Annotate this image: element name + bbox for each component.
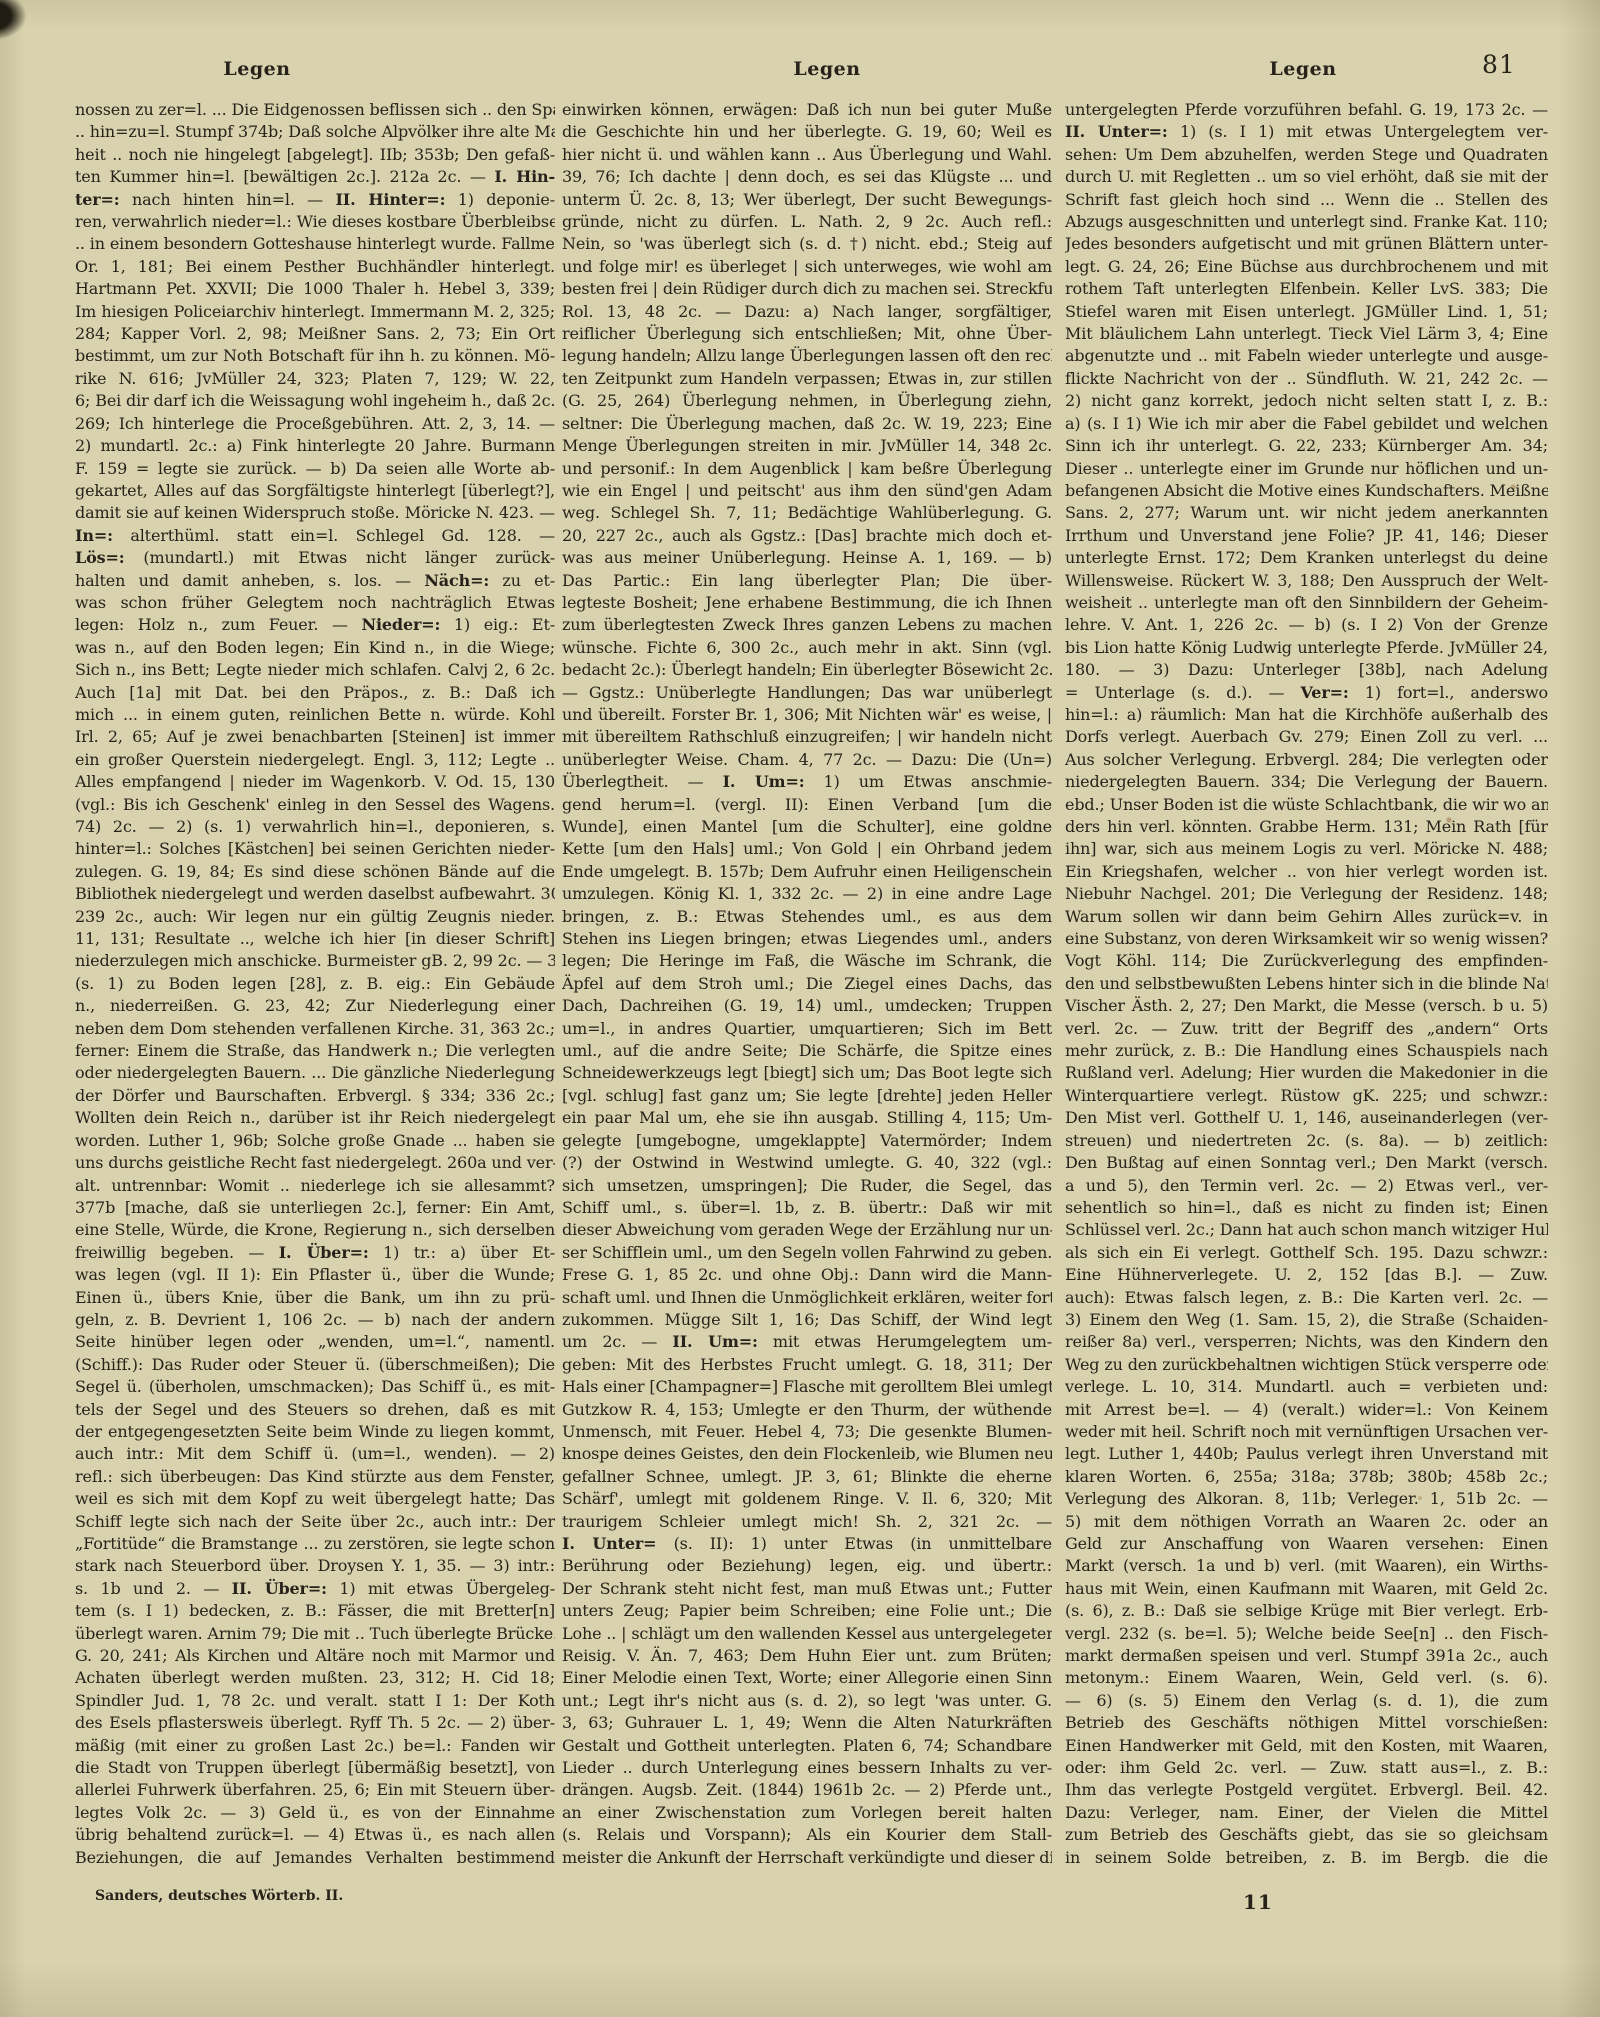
text-line: .. in einem besondern Gotteshause hinter…: [75, 233, 555, 255]
text-line: legteste Bosheit; Jene erhabene Bestimmu…: [562, 592, 1052, 614]
text-line: 11, 131; Resultate .., welche ich hier […: [75, 928, 555, 950]
text-line: durch U. mit Regletten .. um so viel erh…: [1065, 166, 1548, 188]
text-line: 377b [mache, daß sie unterliegen 2c.], f…: [75, 1197, 555, 1219]
text-line: oder: ihm Geld 2c. verl. — Zuw. statt au…: [1065, 1757, 1548, 1779]
text-line: unterlegte Ernst. 172; Dem Kranken unter…: [1065, 547, 1548, 569]
text-line: legen; Die Heringe im Faß, die Wäsche im…: [562, 950, 1052, 972]
text-line: markt dermaßen speisen und verl. Stumpf …: [1065, 1645, 1548, 1667]
text-line: Dorfs verlegt. Auerbach Gv. 279; Einen Z…: [1065, 726, 1548, 748]
volume-signature: Sanders, deutsches Wörterb. II.: [95, 1888, 343, 1904]
text-line: bedacht 2c.): Überlegt handeln; Ein über…: [562, 659, 1052, 681]
text-line: bringen, z. B.: Etwas Stehendes uml., es…: [562, 906, 1052, 928]
text-line: und personif.: In dem Augenblick | kam b…: [562, 458, 1052, 480]
text-line: überlegt waren. Arnim 79; Die mit .. Tuc…: [75, 1623, 555, 1645]
text-line: legt. Luther 1, 440b; Paulus verlegt ihr…: [1065, 1443, 1548, 1465]
text-line: haus mit Wein, einen Kaufmann mit Waaren…: [1065, 1578, 1548, 1600]
text-line: mich ... in einem guten, reinlichen Bett…: [75, 704, 555, 726]
text-line: als sich ein Ei verlegt. Gotthelf Sch. 1…: [1065, 1242, 1548, 1264]
text-line: 3) Einem den Weg (1. Sam. 15, 2), die St…: [1065, 1309, 1548, 1331]
text-line: ferner: Einem die Straße, das Handwerk n…: [75, 1040, 555, 1062]
text-line: Den Mist verl. Gotthelf U. 1, 146, ausei…: [1065, 1107, 1548, 1129]
text-line: Sans. 2, 277; Warum unt. wir nicht jedem…: [1065, 502, 1548, 524]
text-line: „Fortitüde“ die Bramstange ... zu zerstö…: [75, 1533, 555, 1555]
text-line: Seite hinüber legen oder „wenden, um=l.“…: [75, 1331, 555, 1353]
text-line: sich umsetzen, umspringen]; Die Ruder, d…: [562, 1175, 1052, 1197]
text-line: gelegte [umgebogne, umgeklappte] Vatermö…: [562, 1130, 1052, 1152]
text-line: knospe deines Geistes, den dein Flockenl…: [562, 1443, 1052, 1465]
text-line: halten und damit anheben, s. los. — Näch…: [75, 570, 555, 592]
text-line: meister die Ankunft der Herrschaft verkü…: [562, 1847, 1052, 1869]
text-line: Achaten überlegt werden mußten. 23, 312;…: [75, 1667, 555, 1689]
text-line: (?) der Ostwind in Westwind umlegte. G. …: [562, 1152, 1052, 1174]
text-line: der entgegengesetzten Seite beim Winde z…: [75, 1421, 555, 1443]
text-line: niedergelegten Bauern. 334; Die Verlegun…: [1065, 771, 1548, 793]
page-number: 81: [1482, 50, 1516, 79]
text-line: a) (s. I 1) Wie ich mir aber die Fabel g…: [1065, 413, 1548, 435]
text-line: Gutzkow R. 4, 153; Umlegte er den Thurm,…: [562, 1399, 1052, 1421]
text-line: hin=l.: a) räumlich: Man hat die Kirchhö…: [1065, 704, 1548, 726]
text-line: dieser Abweichung vom geraden Wege der E…: [562, 1219, 1052, 1241]
text-line: (s. 6), z. B.: Daß sie selbige Krüge mit…: [1065, 1600, 1548, 1622]
text-line: 269; Ich hinterlege die Proceßgebühren. …: [75, 413, 555, 435]
text-line: freiwillig begeben. — I. Über=: 1) tr.: …: [75, 1242, 555, 1264]
column-1: nossen zu zer=l. ... Die Eidgenossen bef…: [75, 99, 555, 1869]
text-line: Or. 1, 181; Bei einem Pesther Buchhändle…: [75, 256, 555, 278]
text-line: Schiff uml., s. über=l. 1b, z. B. übertr…: [562, 1197, 1052, 1219]
text-line: vergl. 232 (s. be=l. 5); Welche beide Se…: [1065, 1623, 1548, 1645]
text-line: Frese G. 1, 85 2c. und ohne Obj.: Dann w…: [562, 1264, 1052, 1286]
text-line: wünsche. Fichte 6, 300 2c., auch mehr in…: [562, 637, 1052, 659]
text-line: 2) nicht ganz korrekt, jedoch nicht selt…: [1065, 390, 1548, 412]
text-line: Gestalt und Gottheit unterlegten. Platen…: [562, 1735, 1052, 1757]
text-line: ren, verwahrlich nieder=l.: Wie dieses k…: [75, 211, 555, 233]
text-line: hier nicht ü. und wählen kann .. Aus Übe…: [562, 144, 1052, 166]
text-line: — Ggstz.: Unüberlegte Handlungen; Das wa…: [562, 682, 1052, 704]
text-line: verlege. L. 10, 314. Mundartl. auch = ve…: [1065, 1376, 1548, 1398]
text-line: legtes Volk 2c. — 3) Geld ü., es von der…: [75, 1802, 555, 1824]
text-line: Der Schrank steht nicht fest, man muß Et…: [562, 1578, 1052, 1600]
text-line: 20, 227 2c., auch als Ggstz.: [Das] brac…: [562, 525, 1052, 547]
text-line: ders hin verl. könnten. Grabbe Herm. 131…: [1065, 816, 1548, 838]
text-line: Lohe .. | schlägt um den wallenden Kesse…: [562, 1623, 1052, 1645]
text-line: ebd.; Unser Boden ist die wüste Schlacht…: [1065, 794, 1548, 816]
text-line: seltner: Die Überlegung machen, daß 2c. …: [562, 413, 1052, 435]
text-line: (G. 25, 264) Überlegung nehmen, in Überl…: [562, 390, 1052, 412]
text-line: G. 20, 241; Als Kirchen und Altäre noch …: [75, 1645, 555, 1667]
text-line: bis Lion hatte König Ludwig unterlegte P…: [1065, 637, 1548, 659]
text-line: Hals einer [Champagner=] Flasche mit ger…: [562, 1376, 1052, 1398]
text-line: ten Zeitpunkt zum Handeln verpassen; Etw…: [562, 368, 1052, 390]
text-line: Schlüssel verl. 2c.; Dann hat auch schon…: [1065, 1219, 1548, 1241]
text-line: drängen. Augsb. Zeit. (1844) 1961b 2c. —…: [562, 1779, 1052, 1801]
text-line: ihn] war, sich aus meinem Logis zu verl.…: [1065, 838, 1548, 860]
text-line: II. Unter=: 1) (s. I 1) mit etwas Unterg…: [1065, 121, 1548, 143]
text-line: Sinn ich ihr unterlegt. G. 22, 233; Kürn…: [1065, 435, 1548, 457]
text-line: neben dem Dom stehenden verfallenen Kirc…: [75, 1018, 555, 1040]
text-line: Auch [1a] mit Dat. bei den Präpos., z. B…: [75, 682, 555, 704]
text-line: gend herum=l. (vergl. II): Einen Verband…: [562, 794, 1052, 816]
text-line: refl.: sich überbeugen: Das Kind stürzte…: [75, 1466, 555, 1488]
text-line: zum Betrieb des Geschäfts giebt, das sie…: [1065, 1824, 1548, 1846]
text-line: Schiff legte sich nach der Seite über 2c…: [75, 1511, 555, 1533]
text-line: ter=: nach hinten hin=l. — II. Hinter=: …: [75, 189, 555, 211]
text-line: 180. — 3) Dazu: Unterleger [38b], nach A…: [1065, 659, 1548, 681]
running-title-col2: Legen: [793, 58, 860, 80]
text-line: Berührung oder Beziehung) legen, eig. un…: [562, 1555, 1052, 1577]
text-line: Warum sollen wir dann beim Gehirn Alles …: [1065, 906, 1548, 928]
text-line: um 2c. — II. Um=: mit etwas Herumgelegte…: [562, 1331, 1052, 1353]
text-line: umzulegen. König Kl. 1, 332 2c. — 2) in …: [562, 883, 1052, 905]
text-line: streuen) und niedertreten 2c. (s. 8a). —…: [1065, 1130, 1548, 1152]
text-line: Segel ü. (überholen, umschmacken); Das S…: [75, 1376, 555, 1398]
text-line: legen: Holz n., zum Feuer. — Nieder=: 1)…: [75, 614, 555, 636]
text-line: eine Stelle, Würde, die Krone, Regierung…: [75, 1219, 555, 1241]
text-line: s. 1b und 2. — II. Über=: 1) mit etwas Ü…: [75, 1578, 555, 1600]
text-line: Das Partic.: Ein lang überlegter Plan; D…: [562, 570, 1052, 592]
text-line: gekartet, Alles auf das Sorgfältigste hi…: [75, 480, 555, 502]
text-line: Eine Hühnerverlegete. U. 2, 152 [das B.]…: [1065, 1264, 1548, 1286]
text-line: ser Schifflein uml., um den Segeln volle…: [562, 1242, 1052, 1264]
text-line: Reisig. V. Än. 7, 463; Dem Huhn Eier unt…: [562, 1645, 1052, 1667]
text-line: Stehen ins Liegen bringen; etwas Liegend…: [562, 928, 1052, 950]
text-line: Vischer Ästh. 2, 27; Den Markt, die Mess…: [1065, 995, 1548, 1017]
text-line: 239 2c., auch: Wir legen nur ein gültig …: [75, 906, 555, 928]
text-line: mit Arrest be=l. — 4) (veralt.) wider=l.…: [1065, 1399, 1548, 1421]
text-line: Abzugs ausgeschnitten und unterlegt sind…: [1065, 211, 1548, 233]
text-line: die Geschichte hin und her überlegte. G.…: [562, 121, 1052, 143]
text-line: uns durchs geistliche Recht fast niederg…: [75, 1152, 555, 1174]
text-line: zulegen. G. 19, 84; Es sind diese schöne…: [75, 861, 555, 883]
text-line: Beziehungen, die auf Jemandes Verhalten …: [75, 1847, 555, 1869]
text-line: besten frei | dein Rüdiger durch dich zu…: [562, 278, 1052, 300]
text-line: sehentlich so hin=l., daß es nicht zu fi…: [1065, 1197, 1548, 1219]
text-line: ein großer Querstein niedergelegt. Engl.…: [75, 749, 555, 771]
text-line: geln, z. B. Devrient 1, 106 2c. — b) nac…: [75, 1309, 555, 1331]
text-line: .. hin=zu=l. Stumpf 374b; Daß solche Alp…: [75, 121, 555, 143]
text-line: Einen Handwerker mit Geld, mit den Koste…: [1065, 1735, 1548, 1757]
text-line: auch): Etwas falsch legen, z. B.: Die Ka…: [1065, 1287, 1548, 1309]
text-line: allerlei Fuhrwerk überfahren. 25, 6; Ein…: [75, 1779, 555, 1801]
text-line: 74) 2c. — 2) (s. 1) verwahrlich hin=l., …: [75, 816, 555, 838]
text-line: zum überlegtesten Zweck Ihres ganzen Leb…: [562, 614, 1052, 636]
text-line: wie ein Engel | und peitscht' aus ihm de…: [562, 480, 1052, 502]
text-line: klaren Worten. 6, 255a; 318a; 378b; 380b…: [1065, 1466, 1548, 1488]
text-line: alt. untrennbar: Womit .. niederlege ich…: [75, 1175, 555, 1197]
text-line: untergelegten Pferde vorzuführen befahl.…: [1065, 99, 1548, 121]
text-line: übrig behaltend zurück=l. — 4) Etwas ü.,…: [75, 1824, 555, 1846]
text-line: unters Zeug; Papier beim Schreiben; eine…: [562, 1600, 1052, 1622]
text-line: verl. 2c. — Zuw. tritt der Begriff des „…: [1065, 1018, 1548, 1040]
text-line: (Schiff.): Das Ruder oder Steuer ü. (übe…: [75, 1354, 555, 1376]
text-line: eine Substanz, von deren Wirksamkeit wir…: [1065, 928, 1548, 950]
text-line: mit übereiltem Rathschluß einzugreifen; …: [562, 726, 1052, 748]
text-line: legt. G. 24, 26; Eine Büchse aus durchbr…: [1065, 256, 1548, 278]
text-line: In=: alterthüml. statt ein=l. Schlegel G…: [75, 525, 555, 547]
text-line: ein paar Mal um, ehe sie ihn ausgab. Sti…: [562, 1107, 1052, 1129]
dictionary-page-scan: Legen Legen Legen 81 nossen zu zer=l. ..…: [0, 0, 1600, 2017]
text-line: der Dörfer und Baurschaften. Erbvergl. §…: [75, 1085, 555, 1107]
text-line: Betrieb des Geschäfts nöthigen Mittel vo…: [1065, 1712, 1548, 1734]
text-line: Menge Überlegungen streiten in mir. JvMü…: [562, 435, 1052, 457]
text-line: was n., auf den Boden legen; Ein Kind n.…: [75, 637, 555, 659]
text-line: nossen zu zer=l. ... Die Eidgenossen bef…: [75, 99, 555, 121]
text-line: Lös=: (mundartl.) mit Etwas nicht länger…: [75, 547, 555, 569]
text-line: worden. Luther 1, 96b; Solche große Gnad…: [75, 1130, 555, 1152]
text-line: Ein Kriegshafen, welcher .. von hier ver…: [1065, 861, 1548, 883]
text-line: Ende umgelegt. B. 157b; Dem Aufruhr eine…: [562, 861, 1052, 883]
text-line: 3, 63; Guhrauer L. 1, 49; Wenn die Alten…: [562, 1712, 1052, 1734]
text-line: auch intr.: Mit dem Schiff ü. (um=l., we…: [75, 1443, 555, 1465]
text-line: Schneidewerkzeugs legt [biegt] sich um; …: [562, 1062, 1052, 1084]
text-line: Einen ü., übers Knie, über die Bank, um …: [75, 1287, 555, 1309]
text-line: Dach, Dachreihen (G. 19, 14) uml., umdec…: [562, 995, 1052, 1017]
text-line: weil es sich mit dem Kopf zu weit überge…: [75, 1488, 555, 1510]
column-2: einwirken können, erwägen: Daß ich nun b…: [562, 99, 1052, 1869]
text-line: unt.; Legt ihr's nicht aus (s. d. 2), so…: [562, 1690, 1052, 1712]
sheet-number: 11: [1243, 1890, 1273, 1914]
text-line: Lieder .. durch Unterlegung eines besser…: [562, 1757, 1052, 1779]
text-line: oder niedergelegten Bauern. ... Die gänz…: [75, 1062, 555, 1084]
text-line: an einer Zwischenstation zum Vorlegen be…: [562, 1802, 1052, 1824]
text-line: und übereilt. Forster Br. 1, 306; Mit Ni…: [562, 704, 1052, 726]
text-line: reißer 8a) verl., versperren; Nichts, wa…: [1065, 1331, 1548, 1353]
text-line: flickte Nachricht von der .. Sündfluth. …: [1065, 368, 1548, 390]
text-line: (s. 1) zu Boden legen [28], z. B. eig.: …: [75, 973, 555, 995]
text-line: was schon früher Gelegtem noch nachträgl…: [75, 592, 555, 614]
text-line: Aus solcher Verlegung. Erbvergl. 284; Di…: [1065, 749, 1548, 771]
text-line: Irrthum und Unverstand jene Folie? JP. 4…: [1065, 525, 1548, 547]
text-line: tels der Segel und des Steuers so drehen…: [75, 1399, 555, 1421]
text-line: Alles empfangend | nieder im Wagenkorb. …: [75, 771, 555, 793]
text-line: Den Bußtag auf einen Sonntag verl.; Den …: [1065, 1152, 1548, 1174]
text-line: traurigem Schleier umlegt mich! Sh. 2, 3…: [562, 1511, 1052, 1533]
text-line: 39, 76; Ich dachte | denn doch, es sei d…: [562, 166, 1052, 188]
text-line: schaft uml. und Ihnen die Unmöglichkeit …: [562, 1287, 1052, 1309]
text-line: die Stadt von Truppen überlegt [übermäßi…: [75, 1757, 555, 1779]
text-line: (vgl.: Bis ich Geschenk' einleg in den S…: [75, 794, 555, 816]
text-line: damit sie auf keinen Widerspruch stoße. …: [75, 502, 555, 524]
text-line: [vgl. schlug] fast ganz um; Sie legte [d…: [562, 1085, 1052, 1107]
text-line: Stiefel waren mit Eisen unterlegt. JGMül…: [1065, 301, 1548, 323]
text-line: Dazu: Verleger, nam. Einer, der Vielen d…: [1065, 1802, 1548, 1824]
text-line: uml., auf die andre Seite; Die Schärfe, …: [562, 1040, 1052, 1062]
text-line: Rußland verl. Adelung; Hier wurden die M…: [1065, 1062, 1548, 1084]
text-line: Weg zu den zurückbehaltnen wichtigen Stü…: [1065, 1354, 1548, 1376]
text-line: Ihm das verlegte Postgeld vergütet. Erbv…: [1065, 1779, 1548, 1801]
text-line: des Esels pflastersweis überlegt. Ryff T…: [75, 1712, 555, 1734]
text-line: 5) mit dem nöthigen Vorrath an Waaren 2c…: [1065, 1511, 1548, 1533]
column-3: untergelegten Pferde vorzuführen befahl.…: [1065, 99, 1548, 1869]
running-title-col1: Legen: [223, 58, 290, 80]
text-line: heit .. noch nie hingelegt [abgelegt]. I…: [75, 144, 555, 166]
text-line: den und selbstbewußten Lebens hinter sic…: [1065, 973, 1548, 995]
text-line: weisheit .. unterlegte man oft den Sinnb…: [1065, 592, 1548, 614]
text-line: reiflicher Überlegung sich entschließen;…: [562, 323, 1052, 345]
text-line: stark nach Steuerbord über. Droysen Y. 1…: [75, 1555, 555, 1577]
text-line: Schrift fast gleich hoch sind ... Wenn d…: [1065, 189, 1548, 211]
text-line: Wollten dein Reich n., darüber ist ihr R…: [75, 1107, 555, 1129]
text-line: niederzulegen mich anschicke. Burmeister…: [75, 950, 555, 972]
text-line: legung handeln; Allzu lange Überlegungen…: [562, 345, 1052, 367]
text-line: 2) mundartl. 2c.: a) Fink hinterlegte 20…: [75, 435, 555, 457]
text-line: F. 159 = legte sie zurück. — b) Da seien…: [75, 458, 555, 480]
text-line: zukommen. Mügge Silt 1, 16; Das Schiff, …: [562, 1309, 1052, 1331]
text-line: = Unterlage (s. d.). — Ver=: 1) fort=l.,…: [1065, 682, 1548, 704]
text-line: mehr zurück, z. B.: Die Handlung eines S…: [1065, 1040, 1548, 1062]
text-line: Niebuhr Nachgel. 201; Die Verlegung der …: [1065, 883, 1548, 905]
text-line: hinter=l.: Solches [Kästchen] bei seinen…: [75, 838, 555, 860]
text-line: befangenen Absicht die Motive eines Kund…: [1065, 480, 1548, 502]
text-line: Sich n., ins Bett; Legte nieder mich sch…: [75, 659, 555, 681]
text-line: Rol. 13, 48 2c. — Dazu: a) Nach langer, …: [562, 301, 1052, 323]
text-line: Dieser .. unterlegte einer im Grunde nur…: [1065, 458, 1548, 480]
text-line: sehen: Um Dem abzuhelfen, werden Stege u…: [1065, 144, 1548, 166]
text-line: rothem Taft unterlegten Elfenbein. Kelle…: [1065, 278, 1548, 300]
text-line: was legen (vgl. II 1): Ein Pflaster ü., …: [75, 1264, 555, 1286]
running-title-col3: Legen: [1269, 58, 1336, 80]
text-line: ten Kummer hin=l. [bewältigen 2c.]. 212a…: [75, 166, 555, 188]
text-line: (s. Relais und Vorspann); Als ein Kourie…: [562, 1824, 1052, 1846]
text-line: bestimmt, um zur Noth Botschaft für ihn …: [75, 345, 555, 367]
text-line: Vogt Köhl. 114; Die Zurückverlegung des …: [1065, 950, 1548, 972]
text-line: geben: Mit des Herbstes Frucht umlegt. G…: [562, 1354, 1052, 1376]
text-line: Geld zur Anschaffung von Waaren versehen…: [1065, 1533, 1548, 1555]
text-line: Schärf', umlegt mit goldenem Ringe. V. I…: [562, 1488, 1052, 1510]
text-line: Irl. 2, 65; Auf je zwei benachbarten [St…: [75, 726, 555, 748]
text-line: Mit bläulichem Lahn unterlegt. Tieck Vie…: [1065, 323, 1548, 345]
text-line: unüberlegter Weise. Cham. 4, 77 2c. — Da…: [562, 749, 1052, 771]
text-line: Hartmann Pet. XXVII; Die 1000 Thaler h. …: [75, 278, 555, 300]
text-line: a und 5), den Termin verl. 2c. — 2) Etwa…: [1065, 1175, 1548, 1197]
text-line: — 6) (s. 5) Einem den Verlag (s. d. 1), …: [1065, 1690, 1548, 1712]
text-line: Markt (versch. 1a und b) verl. (mit Waar…: [1065, 1555, 1548, 1577]
text-line: Nein, so 'was überlegt sich (s. d. †) ni…: [562, 233, 1052, 255]
text-line: Winterquartiere verlegt. Rüstow gK. 225;…: [1065, 1085, 1548, 1107]
text-line: Wunde], einen Mantel [um die Schulter], …: [562, 816, 1052, 838]
text-line: 284; Kapper Vorl. 2, 98; Meißner Sans. 2…: [75, 323, 555, 345]
text-line: Unmensch, mit Feuer. Hebel 4, 73; Die ge…: [562, 1421, 1052, 1443]
text-line: Bibliothek niedergelegt und werden dasel…: [75, 883, 555, 905]
text-line: weder mit heil. Schrift noch mit vernünf…: [1065, 1421, 1548, 1443]
text-line: gefallner Schnee, umlegt. JP. 3, 61; Bli…: [562, 1466, 1052, 1488]
text-line: gründe, nicht zu dürfen. L. Nath. 2, 9 2…: [562, 211, 1052, 233]
text-line: weg. Schlegel Sh. 7, 11; Bedächtige Wahl…: [562, 502, 1052, 524]
text-line: mäßig (mit einer zu großen Last 2c.) be=…: [75, 1735, 555, 1757]
text-line: Äpfel auf dem Stroh uml.; Die Ziegel ein…: [562, 973, 1052, 995]
text-line: in seinem Solde betreiben, z. B. im Berg…: [1065, 1847, 1548, 1869]
text-line: lehre. V. Ant. 1, 226 2c. — b) (s. I 2) …: [1065, 614, 1548, 636]
text-line: Einer Melodie einen Text, Worte; einer A…: [562, 1667, 1052, 1689]
text-line: I. Unter= (s. II): 1) unter Etwas (in un…: [562, 1533, 1052, 1555]
text-line: Willensweise. Rückert W. 3, 188; Den Aus…: [1065, 570, 1548, 592]
text-line: abgenutzte und .. mit Fabeln wieder unte…: [1065, 345, 1548, 367]
text-line: unterm Ü. 2c. 8, 13; Wer überlegt, Der s…: [562, 189, 1052, 211]
text-line: einwirken können, erwägen: Daß ich nun b…: [562, 99, 1052, 121]
text-line: tem (s. I 1) bedecken, z. B.: Fässer, di…: [75, 1600, 555, 1622]
text-line: n., niederreißen. G. 23, 42; Zur Niederl…: [75, 995, 555, 1017]
text-line: und folge mir! es überleget | sich unter…: [562, 256, 1052, 278]
text-line: Im hiesigen Policeiarchiv hinterlegt. Im…: [75, 301, 555, 323]
text-line: 6; Bei dir darf ich die Weissagung wohl …: [75, 390, 555, 412]
text-line: metonym.: Einem Waaren, Wein, Geld verl.…: [1065, 1667, 1548, 1689]
text-line: um=l., in andres Quartier, umquartieren;…: [562, 1018, 1052, 1040]
text-line: Jedes besonders aufgetischt und mit grün…: [1065, 233, 1548, 255]
text-line: Kette [um den Hals] uml.; Von Gold | ein…: [562, 838, 1052, 860]
text-line: was aus meiner Unüberlegung. Heinse A. 1…: [562, 547, 1052, 569]
text-line: Spindler Jud. 1, 78 2c. und veralt. stat…: [75, 1690, 555, 1712]
text-line: Überlegtheit. — I. Um=: 1) um Etwas ansc…: [562, 771, 1052, 793]
text-line: Verlegung des Alkoran. 8, 11b; Verleger.…: [1065, 1488, 1548, 1510]
text-line: rike N. 616; JvMüller 24, 323; Platen 7,…: [75, 368, 555, 390]
